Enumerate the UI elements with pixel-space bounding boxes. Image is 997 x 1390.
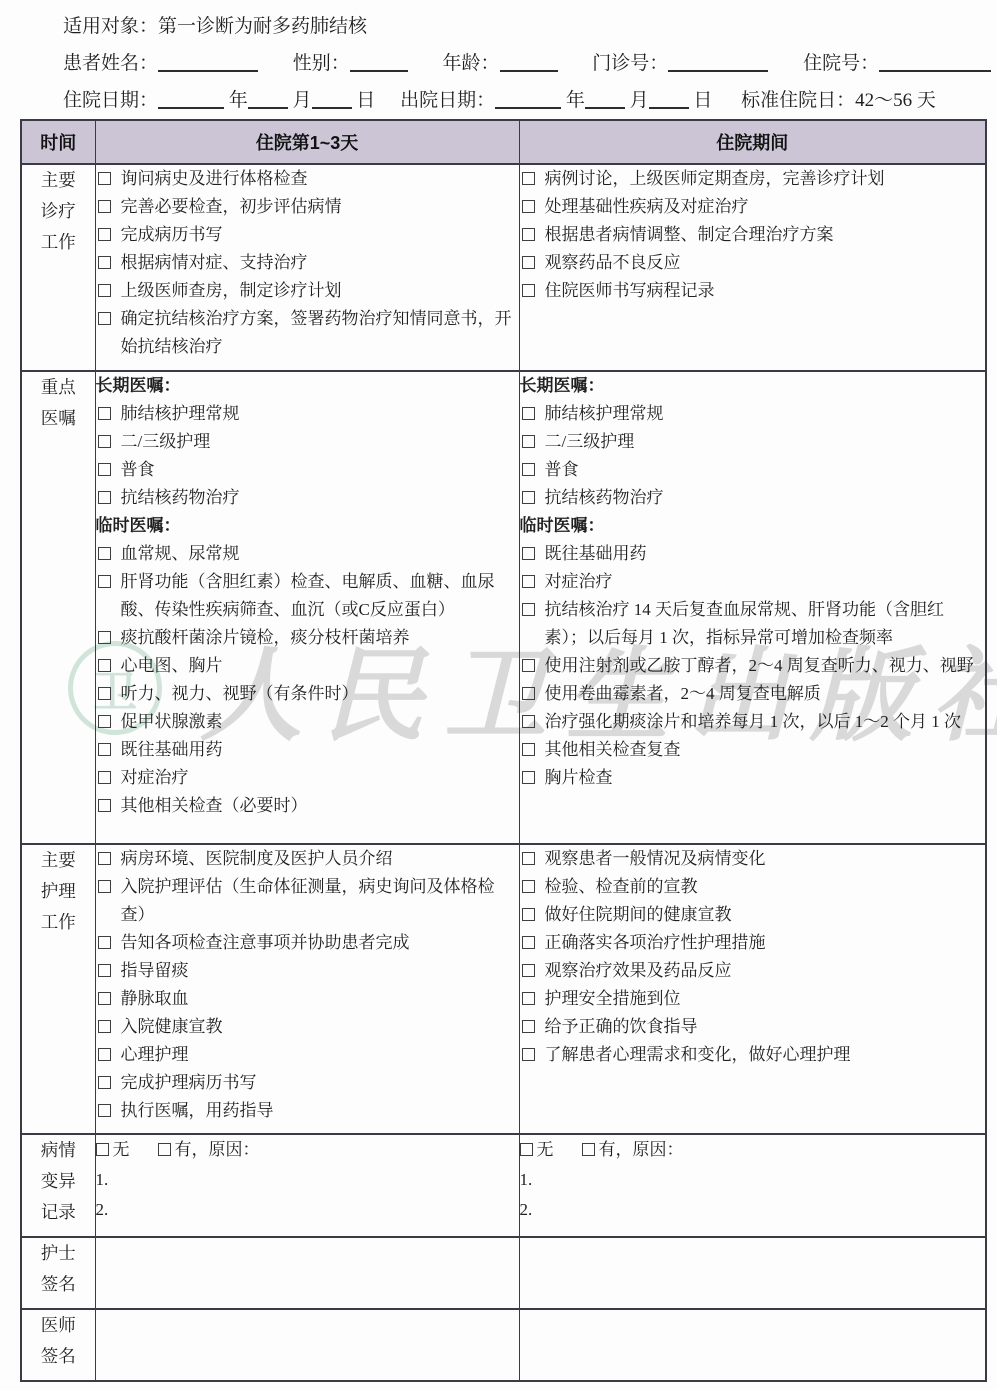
- variation-options-day1-3: 无 有，原因：: [96, 1135, 519, 1165]
- checkbox-icon[interactable]: [522, 715, 535, 728]
- checkbox-icon[interactable]: [98, 659, 111, 672]
- patient-name-blank[interactable]: [158, 55, 258, 72]
- checklist-item: 抗结核治疗 14 天后复查血尿常规、肝肾功能（含胆红素）；以后每月 1 次，指标…: [520, 596, 986, 652]
- no-variation-checkbox[interactable]: [96, 1143, 109, 1156]
- no-variation-label: 无: [113, 1135, 130, 1165]
- checklist-item: 痰抗酸杆菌涂片镜检，痰分枝杆菌培养: [96, 624, 519, 652]
- admission-date-label: 住院日期：: [63, 90, 158, 111]
- checkbox-icon[interactable]: [522, 491, 535, 504]
- checklist-item: 抗结核药物治疗: [96, 484, 519, 512]
- col-header-time: 时间: [21, 120, 95, 164]
- checklist-item-text: 病房环境、医院制度及医护人员介绍: [121, 845, 519, 873]
- checkbox-icon[interactable]: [98, 575, 111, 588]
- checkbox-icon[interactable]: [98, 491, 111, 504]
- checklist-item-text: 临时医嘱：: [520, 512, 986, 540]
- checklist-item-text: 病例讨论，上级医师定期查房，完善诊疗计划: [545, 165, 986, 193]
- checkbox-icon[interactable]: [522, 880, 535, 893]
- checklist-item: 对症治疗: [520, 568, 986, 596]
- checklist-item-text: 抗结核治疗 14 天后复查血尿常规、肝肾功能（含胆红素）；以后每月 1 次，指标…: [545, 596, 986, 652]
- discharge-month-label: 月: [630, 90, 649, 111]
- checklist-item-text: 做好住院期间的健康宣教: [545, 901, 986, 929]
- checklist-item-text: 确定抗结核治疗方案，签署药物治疗知情同意书，开始抗结核治疗: [121, 305, 519, 361]
- no-variation-label: 无: [537, 1135, 554, 1165]
- checklist-item: 其他相关检查（必要时）: [96, 792, 519, 820]
- cell-main-nursing-period: 观察患者一般情况及病情变化 检验、检查前的宣教 做好住院期间的健康宣教 正确落实…: [519, 844, 986, 1134]
- checkbox-icon[interactable]: [522, 575, 535, 588]
- checkbox-icon[interactable]: [98, 631, 111, 644]
- checkbox-icon[interactable]: [98, 1076, 111, 1089]
- checklist-item: 病房环境、医院制度及医护人员介绍: [96, 845, 519, 873]
- checkbox-icon[interactable]: [522, 603, 535, 616]
- checklist-item: 病例讨论，上级医师定期查房，完善诊疗计划: [520, 165, 986, 193]
- checklist-item-text: 对症治疗: [121, 764, 519, 792]
- checklist-main-nursing-day1-3: 病房环境、医院制度及医护人员介绍 入院护理评估（生命体征测量，病史询问及体格检查…: [96, 845, 519, 1125]
- checklist-item-text: 检验、检查前的宣教: [545, 873, 986, 901]
- checkbox-icon[interactable]: [98, 992, 111, 1005]
- checkbox-icon[interactable]: [522, 228, 535, 241]
- checkbox-icon[interactable]: [522, 908, 535, 921]
- checklist-item-text: 听力、视力、视野（有条件时）: [121, 680, 519, 708]
- cell-key-orders-day1-3: 长期医嘱： 肺结核护理常规 二/三级护理 普食 抗结核药物治疗 临时医嘱： 血常…: [95, 371, 519, 844]
- outpatient-no-blank[interactable]: [668, 55, 768, 72]
- cell-main-treatment-period: 病例讨论，上级医师定期查房，完善诊疗计划 处理基础性疾病及对症治疗 根据患者病情…: [519, 164, 986, 371]
- patient-info-line: 患者姓名： 性别： 年龄： 门诊号： 住院号：: [63, 45, 997, 82]
- checklist-item-text: 其他相关检查复查: [545, 736, 986, 764]
- row-label-key-orders: 重点 医嘱: [21, 371, 95, 844]
- applicable-text: 适用对象：第一诊断为耐多药肺结核: [63, 16, 367, 37]
- discharge-date-label: 出院日期：: [400, 90, 495, 111]
- checklist-item-text: 临时医嘱：: [96, 512, 519, 540]
- checklist-item-text: 促甲状腺激素: [121, 708, 519, 736]
- checklist-item: 了解患者心理需求和变化，做好心理护理: [520, 1041, 986, 1069]
- checklist-item-text: 普食: [545, 456, 986, 484]
- has-variation-label: 有，原因：: [599, 1135, 684, 1165]
- checkbox-icon[interactable]: [98, 435, 111, 448]
- checklist-item-text: 长期医嘱：: [520, 372, 986, 400]
- has-variation-label: 有，原因：: [175, 1135, 260, 1165]
- patient-name-label: 患者姓名：: [63, 53, 158, 74]
- checklist-item: 完成病历书写: [96, 221, 519, 249]
- checkbox-icon[interactable]: [98, 547, 111, 560]
- age-label: 年龄：: [443, 53, 500, 74]
- checkbox-icon[interactable]: [98, 1048, 111, 1061]
- checkbox-icon[interactable]: [98, 256, 111, 269]
- checklist-item-text: 二/三级护理: [545, 428, 986, 456]
- admission-month-blank[interactable]: [248, 92, 288, 109]
- checklist-main-nursing-period: 观察患者一般情况及病情变化 检验、检查前的宣教 做好住院期间的健康宣教 正确落实…: [520, 845, 986, 1069]
- checklist-item: 肺结核护理常规: [96, 400, 519, 428]
- checklist-item-text: 住院医师书写病程记录: [545, 277, 986, 305]
- checklist-item: 观察治疗效果及药品反应: [520, 957, 986, 985]
- checklist-item: 确定抗结核治疗方案，签署药物治疗知情同意书，开始抗结核治疗: [96, 305, 519, 361]
- checklist-item-text: 完善必要检查，初步评估病情: [121, 193, 519, 221]
- checklist-item-text: 二/三级护理: [121, 428, 519, 456]
- checklist-item: 使用注射剂或乙胺丁醇者，2～4 周复查听力、视力、视野: [520, 652, 986, 680]
- discharge-month-blank[interactable]: [585, 92, 625, 109]
- checklist-item: 正确落实各项治疗性护理措施: [520, 929, 986, 957]
- checklist-item: 心电图、胸片: [96, 652, 519, 680]
- row-label-doctor-signature: 医师 签名: [21, 1309, 95, 1381]
- checkbox-icon[interactable]: [98, 228, 111, 241]
- checkbox-icon[interactable]: [522, 256, 535, 269]
- checkbox-icon[interactable]: [522, 992, 535, 1005]
- variation-reason-line: 1.: [96, 1165, 519, 1195]
- inpatient-no-blank[interactable]: [879, 55, 991, 72]
- variation-has-option: 有，原因：: [582, 1135, 684, 1165]
- checklist-item-text: 入院健康宣教: [121, 1013, 519, 1041]
- checklist-item: 给予正确的饮食指导: [520, 1013, 986, 1041]
- checklist-item-text: 治疗强化期痰涂片和培养每月 1 次，以后 1～2 个月 1 次: [545, 708, 986, 736]
- checklist-item-text: 肺结核护理常规: [121, 400, 519, 428]
- checklist-item: 入院护理评估（生命体征测量，病史询问及体格检查）: [96, 873, 519, 929]
- checklist-item-text: 抗结核药物治疗: [121, 484, 519, 512]
- cell-main-treatment-day1-3: 询问病史及进行体格检查 完善必要检查，初步评估病情 完成病历书写 根据病情对症、…: [95, 164, 519, 371]
- admission-month-label: 月: [293, 90, 312, 111]
- checklist-item: 处理基础性疾病及对症治疗: [520, 193, 986, 221]
- checklist-item: 二/三级护理: [96, 428, 519, 456]
- checkbox-icon[interactable]: [522, 1048, 535, 1061]
- checkbox-icon[interactable]: [98, 964, 111, 977]
- checklist-item-text: 护理安全措施到位: [545, 985, 986, 1013]
- variation-has-option: 有，原因：: [158, 1135, 260, 1165]
- checkbox-icon[interactable]: [522, 687, 535, 700]
- table-header-row: 时间 住院第1~3天 住院期间: [21, 120, 986, 164]
- checklist-item-text: 给予正确的饮食指导: [545, 1013, 986, 1041]
- cell-variation-period: 无 有，原因： 1. 2.: [519, 1134, 986, 1237]
- checklist-item-text: 肺结核护理常规: [545, 400, 986, 428]
- checklist-item: 心理护理: [96, 1041, 519, 1069]
- checklist-key-orders-period: 长期医嘱： 肺结核护理常规 二/三级护理 普食 抗结核药物治疗 临时医嘱： 既往…: [520, 372, 986, 792]
- checklist-item-text: 其他相关检查（必要时）: [121, 792, 519, 820]
- admission-year-blank[interactable]: [158, 92, 224, 109]
- checklist-key-orders-day1-3: 长期医嘱： 肺结核护理常规 二/三级护理 普食 抗结核药物治疗 临时医嘱： 血常…: [96, 372, 519, 820]
- checkbox-icon[interactable]: [522, 852, 535, 865]
- checklist-item-text: 上级医师查房，制定诊疗计划: [121, 277, 519, 305]
- age-blank[interactable]: [500, 55, 558, 72]
- checkbox-icon[interactable]: [98, 172, 111, 185]
- checkbox-icon[interactable]: [98, 715, 111, 728]
- checklist-item: 入院健康宣教: [96, 1013, 519, 1041]
- checkbox-icon[interactable]: [98, 407, 111, 420]
- checkbox-icon[interactable]: [522, 659, 535, 672]
- checklist-item: 血常规、尿常规: [96, 540, 519, 568]
- admission-year-label: 年: [229, 90, 248, 111]
- checklist-item-text: 使用卷曲霉素者，2～4 周复查电解质: [545, 680, 986, 708]
- checklist-item-text: 观察患者一般情况及病情变化: [545, 845, 986, 873]
- checklist-item-text: 长期医嘱：: [96, 372, 519, 400]
- cell-key-orders-period: 长期医嘱： 肺结核护理常规 二/三级护理 普食 抗结核药物治疗 临时医嘱： 既往…: [519, 371, 986, 844]
- checklist-item: 促甲状腺激素: [96, 708, 519, 736]
- checklist-item-text: 血常规、尿常规: [121, 540, 519, 568]
- checkbox-icon[interactable]: [98, 312, 111, 325]
- checklist-item-text: 普食: [121, 456, 519, 484]
- checklist-item-text: 完成护理病历书写: [121, 1069, 519, 1097]
- nurse-signature-cell-day1-3[interactable]: [95, 1237, 519, 1309]
- checklist-item: 肺结核护理常规: [520, 400, 986, 428]
- checklist-item: 临时医嘱：: [96, 512, 519, 540]
- checkbox-icon[interactable]: [522, 463, 535, 476]
- row-label-nurse-signature: 护士 签名: [21, 1237, 95, 1309]
- checklist-item: 住院医师书写病程记录: [520, 277, 986, 305]
- has-variation-checkbox[interactable]: [582, 1143, 595, 1156]
- discharge-year-label: 年: [566, 90, 585, 111]
- checklist-item: 既往基础用药: [520, 540, 986, 568]
- checklist-item: 对症治疗: [96, 764, 519, 792]
- checklist-item-text: 使用注射剂或乙胺丁醇者，2～4 周复查听力、视力、视野: [545, 652, 986, 680]
- checklist-item: 抗结核药物治疗: [520, 484, 986, 512]
- row-label-main-treatment: 主要 诊疗 工作: [21, 164, 95, 371]
- checkbox-icon[interactable]: [98, 936, 111, 949]
- has-variation-checkbox[interactable]: [158, 1143, 171, 1156]
- checklist-item: 使用卷曲霉素者，2～4 周复查电解质: [520, 680, 986, 708]
- checklist-item: 指导留痰: [96, 957, 519, 985]
- applicable-line: 适用对象：第一诊断为耐多药肺结核: [63, 8, 997, 45]
- variation-reason-lines-day1-3: 1. 2.: [96, 1165, 519, 1225]
- checklist-item-text: 正确落实各项治疗性护理措施: [545, 929, 986, 957]
- row-main-treatment: 主要 诊疗 工作 询问病史及进行体格检查 完善必要检查，初步评估病情 完成病历书…: [21, 164, 986, 371]
- row-label-variation-record: 病情 变异 记录: [21, 1134, 95, 1237]
- checklist-item-text: 胸片检查: [545, 764, 986, 792]
- no-variation-checkbox[interactable]: [520, 1143, 533, 1156]
- clinical-pathway-page: 卫 人民卫生出版社 适用对象：第一诊断为耐多药肺结核 患者姓名： 性别： 年龄：…: [0, 0, 997, 1390]
- checkbox-icon[interactable]: [522, 743, 535, 756]
- checklist-item: 听力、视力、视野（有条件时）: [96, 680, 519, 708]
- doctor-signature-cell-day1-3[interactable]: [95, 1309, 519, 1381]
- checklist-item: 长期医嘱：: [96, 372, 519, 400]
- row-variation-record: 病情 变异 记录 无 有，原因： 1. 2. 无 有，原因： 1. 2.: [21, 1134, 986, 1237]
- checklist-main-treatment-day1-3: 询问病史及进行体格检查 完善必要检查，初步评估病情 完成病历书写 根据病情对症、…: [96, 165, 519, 361]
- checkbox-icon[interactable]: [522, 284, 535, 297]
- checklist-item: 上级医师查房，制定诊疗计划: [96, 277, 519, 305]
- checklist-item-text: 完成病历书写: [121, 221, 519, 249]
- checkbox-icon[interactable]: [98, 200, 111, 213]
- discharge-day-label: 日: [693, 90, 712, 111]
- checklist-item: 根据患者病情调整、制定合理治疗方案: [520, 221, 986, 249]
- checkbox-icon[interactable]: [98, 880, 111, 893]
- checklist-item: 做好住院期间的健康宣教: [520, 901, 986, 929]
- checklist-item-text: 既往基础用药: [545, 540, 986, 568]
- outpatient-no-label: 门诊号：: [592, 53, 668, 74]
- gender-label: 性别：: [293, 53, 350, 74]
- checkbox-icon[interactable]: [522, 200, 535, 213]
- checklist-item: 观察患者一般情况及病情变化: [520, 845, 986, 873]
- checkbox-icon[interactable]: [98, 284, 111, 297]
- checklist-item-text: 痰抗酸杆菌涂片镜检，痰分枝杆菌培养: [121, 624, 519, 652]
- variation-reason-line: 1.: [520, 1165, 986, 1195]
- checkbox-icon[interactable]: [98, 687, 111, 700]
- checkbox-icon[interactable]: [98, 852, 111, 865]
- doctor-signature-cell-period[interactable]: [519, 1309, 986, 1381]
- checklist-item: 二/三级护理: [520, 428, 986, 456]
- checklist-item: 静脉取血: [96, 985, 519, 1013]
- nurse-signature-cell-period[interactable]: [519, 1237, 986, 1309]
- checkbox-icon[interactable]: [522, 771, 535, 784]
- row-nurse-signature: 护士 签名: [21, 1237, 986, 1309]
- checkbox-icon[interactable]: [522, 435, 535, 448]
- checklist-item: 告知各项检查注意事项并协助患者完成: [96, 929, 519, 957]
- checklist-item-text: 入院护理评估（生命体征测量，病史询问及体格检查）: [121, 873, 519, 929]
- checklist-item: 治疗强化期痰涂片和培养每月 1 次，以后 1～2 个月 1 次: [520, 708, 986, 736]
- checklist-item-text: 既往基础用药: [121, 736, 519, 764]
- checklist-item-text: 指导留痰: [121, 957, 519, 985]
- checklist-item: 既往基础用药: [96, 736, 519, 764]
- admission-day-label: 日: [356, 90, 375, 111]
- date-line: 住院日期： 年 月 日 出院日期： 年 月 日 标准住院日：42～56 天: [63, 82, 997, 119]
- checklist-item: 根据病情对症、支持治疗: [96, 249, 519, 277]
- checklist-item-text: 询问病史及进行体格检查: [121, 165, 519, 193]
- discharge-year-blank[interactable]: [495, 92, 561, 109]
- variation-reason-line: 2.: [520, 1195, 986, 1225]
- checklist-item: 观察药品不良反应: [520, 249, 986, 277]
- checklist-item: 普食: [96, 456, 519, 484]
- checklist-item-text: 抗结核药物治疗: [545, 484, 986, 512]
- document-header: 适用对象：第一诊断为耐多药肺结核 患者姓名： 性别： 年龄： 门诊号： 住院号：…: [0, 0, 997, 119]
- variation-reason-line: 2.: [96, 1195, 519, 1225]
- clinical-pathway-table: 时间 住院第1~3天 住院期间 主要 诊疗 工作 询问病史及进行体格检查 完善必…: [20, 119, 987, 1382]
- checklist-item-text: 观察药品不良反应: [545, 249, 986, 277]
- checkbox-icon[interactable]: [522, 936, 535, 949]
- row-label-main-nursing: 主要 护理 工作: [21, 844, 95, 1134]
- checkbox-icon[interactable]: [98, 771, 111, 784]
- checklist-item: 完善必要检查，初步评估病情: [96, 193, 519, 221]
- checklist-item-text: 观察治疗效果及药品反应: [545, 957, 986, 985]
- col-header-hospital-period: 住院期间: [519, 120, 986, 164]
- checklist-item: 执行医嘱，用药指导: [96, 1097, 519, 1125]
- checklist-item-text: 心电图、胸片: [121, 652, 519, 680]
- checklist-item: 护理安全措施到位: [520, 985, 986, 1013]
- checklist-item-text: 对症治疗: [545, 568, 986, 596]
- row-main-nursing: 主要 护理 工作 病房环境、医院制度及医护人员介绍 入院护理评估（生命体征测量，…: [21, 844, 986, 1134]
- checklist-item: 临时医嘱：: [520, 512, 986, 540]
- checkbox-icon[interactable]: [522, 172, 535, 185]
- checkbox-icon[interactable]: [522, 547, 535, 560]
- checklist-item-text: 了解患者心理需求和变化，做好心理护理: [545, 1041, 986, 1069]
- checklist-item-text: 根据病情对症、支持治疗: [121, 249, 519, 277]
- checklist-item-text: 处理基础性疾病及对症治疗: [545, 193, 986, 221]
- checklist-item-text: 静脉取血: [121, 985, 519, 1013]
- cell-variation-day1-3: 无 有，原因： 1. 2.: [95, 1134, 519, 1237]
- standard-stay-label: 标准住院日：42～56 天: [741, 90, 936, 111]
- checkbox-icon[interactable]: [98, 799, 111, 812]
- checkbox-icon[interactable]: [522, 964, 535, 977]
- checklist-item: 长期医嘱：: [520, 372, 986, 400]
- checklist-item-text: 心理护理: [121, 1041, 519, 1069]
- checklist-item: 其他相关检查复查: [520, 736, 986, 764]
- checkbox-icon[interactable]: [98, 1104, 111, 1117]
- checklist-item-text: 肝肾功能（含胆红素）检查、电解质、血糖、血尿酸、传染性疾病筛查、血沉（或C反应蛋…: [121, 568, 519, 624]
- checklist-item: 完成护理病历书写: [96, 1069, 519, 1097]
- row-doctor-signature: 医师 签名: [21, 1309, 986, 1381]
- checklist-item-text: 执行医嘱，用药指导: [121, 1097, 519, 1125]
- variation-reason-lines-period: 1. 2.: [520, 1165, 986, 1225]
- checkbox-icon[interactable]: [98, 463, 111, 476]
- col-header-day1-3: 住院第1~3天: [95, 120, 519, 164]
- checklist-item: 胸片检查: [520, 764, 986, 792]
- variation-none-option: 无: [520, 1135, 554, 1165]
- checklist-item: 询问病史及进行体格检查: [96, 165, 519, 193]
- checkbox-icon[interactable]: [98, 743, 111, 756]
- gender-blank[interactable]: [350, 55, 408, 72]
- checklist-item: 肝肾功能（含胆红素）检查、电解质、血糖、血尿酸、传染性疾病筛查、血沉（或C反应蛋…: [96, 568, 519, 624]
- checklist-item-text: 根据患者病情调整、制定合理治疗方案: [545, 221, 986, 249]
- variation-none-option: 无: [96, 1135, 130, 1165]
- admission-day-blank[interactable]: [312, 92, 352, 109]
- inpatient-no-label: 住院号：: [803, 53, 879, 74]
- checklist-item-text: 告知各项检查注意事项并协助患者完成: [121, 929, 519, 957]
- discharge-day-blank[interactable]: [649, 92, 689, 109]
- checklist-item: 普食: [520, 456, 986, 484]
- variation-options-period: 无 有，原因：: [520, 1135, 986, 1165]
- checkbox-icon[interactable]: [522, 1020, 535, 1033]
- checklist-main-treatment-period: 病例讨论，上级医师定期查房，完善诊疗计划 处理基础性疾病及对症治疗 根据患者病情…: [520, 165, 986, 305]
- row-key-orders: 重点 医嘱 长期医嘱： 肺结核护理常规 二/三级护理 普食 抗结核药物治疗 临时…: [21, 371, 986, 844]
- checkbox-icon[interactable]: [522, 407, 535, 420]
- checklist-item: 检验、检查前的宣教: [520, 873, 986, 901]
- cell-main-nursing-day1-3: 病房环境、医院制度及医护人员介绍 入院护理评估（生命体征测量，病史询问及体格检查…: [95, 844, 519, 1134]
- checkbox-icon[interactable]: [98, 1020, 111, 1033]
